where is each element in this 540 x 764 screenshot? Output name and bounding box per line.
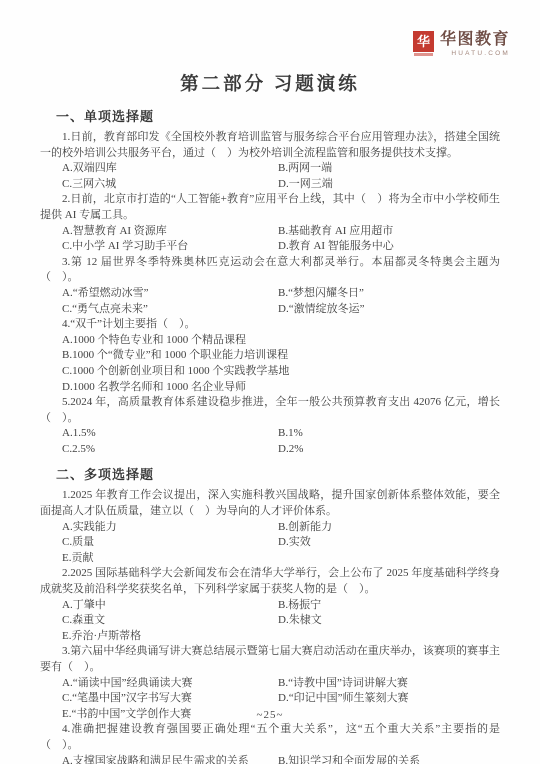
options-group: A.1000 个特色专业和 1000 个精品课程B.1000 个“微专业”和 1… [40,333,500,395]
option-item: D.一网三端 [278,177,500,193]
option-item: A.“希望燃动冰雪” [62,286,278,302]
options-group: A.“希望燃动冰雪”B.“梦想闪耀冬日”C.“勇气点亮未来”D.“激情绽放冬运” [40,286,500,317]
question-text: 4.准确把握建设教育强国要正确处理“五个重大关系”，这“五个重大关系”主要指的是… [40,722,500,753]
options-group: A.双端四库B.两网一端C.三网六城D.一网三端 [40,161,500,192]
option-item: D.2% [278,442,500,458]
option-item: D.“印记中国”师生篆刻大赛 [278,691,500,707]
option-item: B.创新能力 [278,520,500,536]
option-item: B.1000 个“微专业”和 1000 个职业能力培训课程 [62,348,500,364]
option-item: C.质量 [62,535,278,551]
option-item: B.两网一端 [278,161,500,177]
question-text: 5.2024 年，高质量教育体系建设稳步推进，全年一般公共预算教育支出 4207… [40,395,500,426]
option-item: D.1000 名教学名师和 1000 名企业导师 [62,380,500,396]
page-title: 第二部分 习题演练 [40,70,500,96]
option-item: C.三网六城 [62,177,278,193]
question-text: 3.第 12 届世界冬季特殊奥林匹克运动会在意大利都灵举行。本届都灵冬特奥会主题… [40,255,500,286]
option-item: B.“梦想闪耀冬日” [278,286,500,302]
option-item: C.中小学 AI 学习助手平台 [62,239,278,255]
option-item: A.丁肇中 [62,598,278,614]
options-group: A.丁肇中B.杨振宁C.森重文D.朱棣文E.乔治·卢斯蒂格 [40,598,500,645]
question-text: 2.2025 国际基础科学大会新闻发布会在清华大学举行，会上公布了 2025 年… [40,566,500,597]
option-item: C.“笔墨中国”汉字书写大赛 [62,691,278,707]
option-item: B.知识学习和全面发展的关系 [278,754,500,764]
option-item: A.智慧教育 AI 资源库 [62,224,278,240]
option-item: B.基础教育 AI 应用超市 [278,224,500,240]
option-item: C.森重文 [62,613,278,629]
option-item: A.实践能力 [62,520,278,536]
options-group: A.智慧教育 AI 资源库B.基础教育 AI 应用超市C.中小学 AI 学习助手… [40,224,500,255]
option-item: E.乔治·卢斯蒂格 [62,629,278,645]
option-item: D.“激情绽放冬运” [278,302,500,318]
option-item: A.1.5% [62,426,278,442]
huatu-logo-icon: 华 [413,31,434,56]
option-item: A.“诵读中国”经典诵读大赛 [62,676,278,692]
huatu-logo-tagline [414,53,433,56]
section-heading: 一、单项选择题 [40,106,500,125]
options-group: A.实践能力B.创新能力C.质量D.实效E.贡献 [40,520,500,567]
huatu-logo-square: 华 [413,31,434,52]
section-heading: 二、多项选择题 [40,464,500,483]
brand-name: 华图教育 [440,31,510,49]
option-item: B.杨振宁 [278,598,500,614]
document-page: 华 华图教育 HUATU.COM 第二部分 习题演练 一、单项选择题1.日前，教… [0,0,540,764]
option-item: D.朱棣文 [278,613,500,629]
page-number: ~25~ [0,709,540,721]
option-item: C.1000 个创新创业项目和 1000 个实践教学基地 [62,364,500,380]
option-item: B.1% [278,426,500,442]
option-item: A.支撑国家战略和满足民生需求的关系 [62,754,278,764]
question-text: 4.“双千”计划主要指（ ）。 [40,317,500,333]
option-item: D.教育 AI 智能服务中心 [278,239,500,255]
content: 一、单项选择题1.日前，教育部印发《全国校外教育培训监管与服务综合平台应用管理办… [40,106,500,764]
options-group: A.支撑国家战略和满足民生需求的关系B.知识学习和全面发展的关系 [40,754,500,764]
brand-logo: 华 华图教育 HUATU.COM [413,31,510,58]
option-item: B.“诗教中国”诗词讲解大赛 [278,676,500,692]
question-text: 3.第六届中华经典诵写讲大赛总结展示暨第七届大赛启动活动在重庆举办，该赛项的赛事… [40,644,500,675]
option-item: D.实效 [278,535,500,551]
question-text: 1.日前，教育部印发《全国校外教育培训监管与服务综合平台应用管理办法》，搭建全国… [40,130,500,161]
option-item: A.1000 个特色专业和 1000 个精品课程 [62,333,500,349]
question-text: 2.日前，北京市打造的“人工智能+教育”应用平台上线，其中（ ）将为全市中小学校… [40,192,500,223]
option-item: C.2.5% [62,442,278,458]
option-item: E.贡献 [62,551,278,567]
option-item: C.“勇气点亮未来” [62,302,278,318]
option-item: A.双端四库 [62,161,278,177]
options-group: A.1.5%B.1%C.2.5%D.2% [40,426,500,457]
question-text: 1.2025 年教育工作会议提出，深入实施科教兴国战略，提升国家创新体系整体效能… [40,488,500,519]
brand-domain: HUATU.COM [451,50,510,58]
